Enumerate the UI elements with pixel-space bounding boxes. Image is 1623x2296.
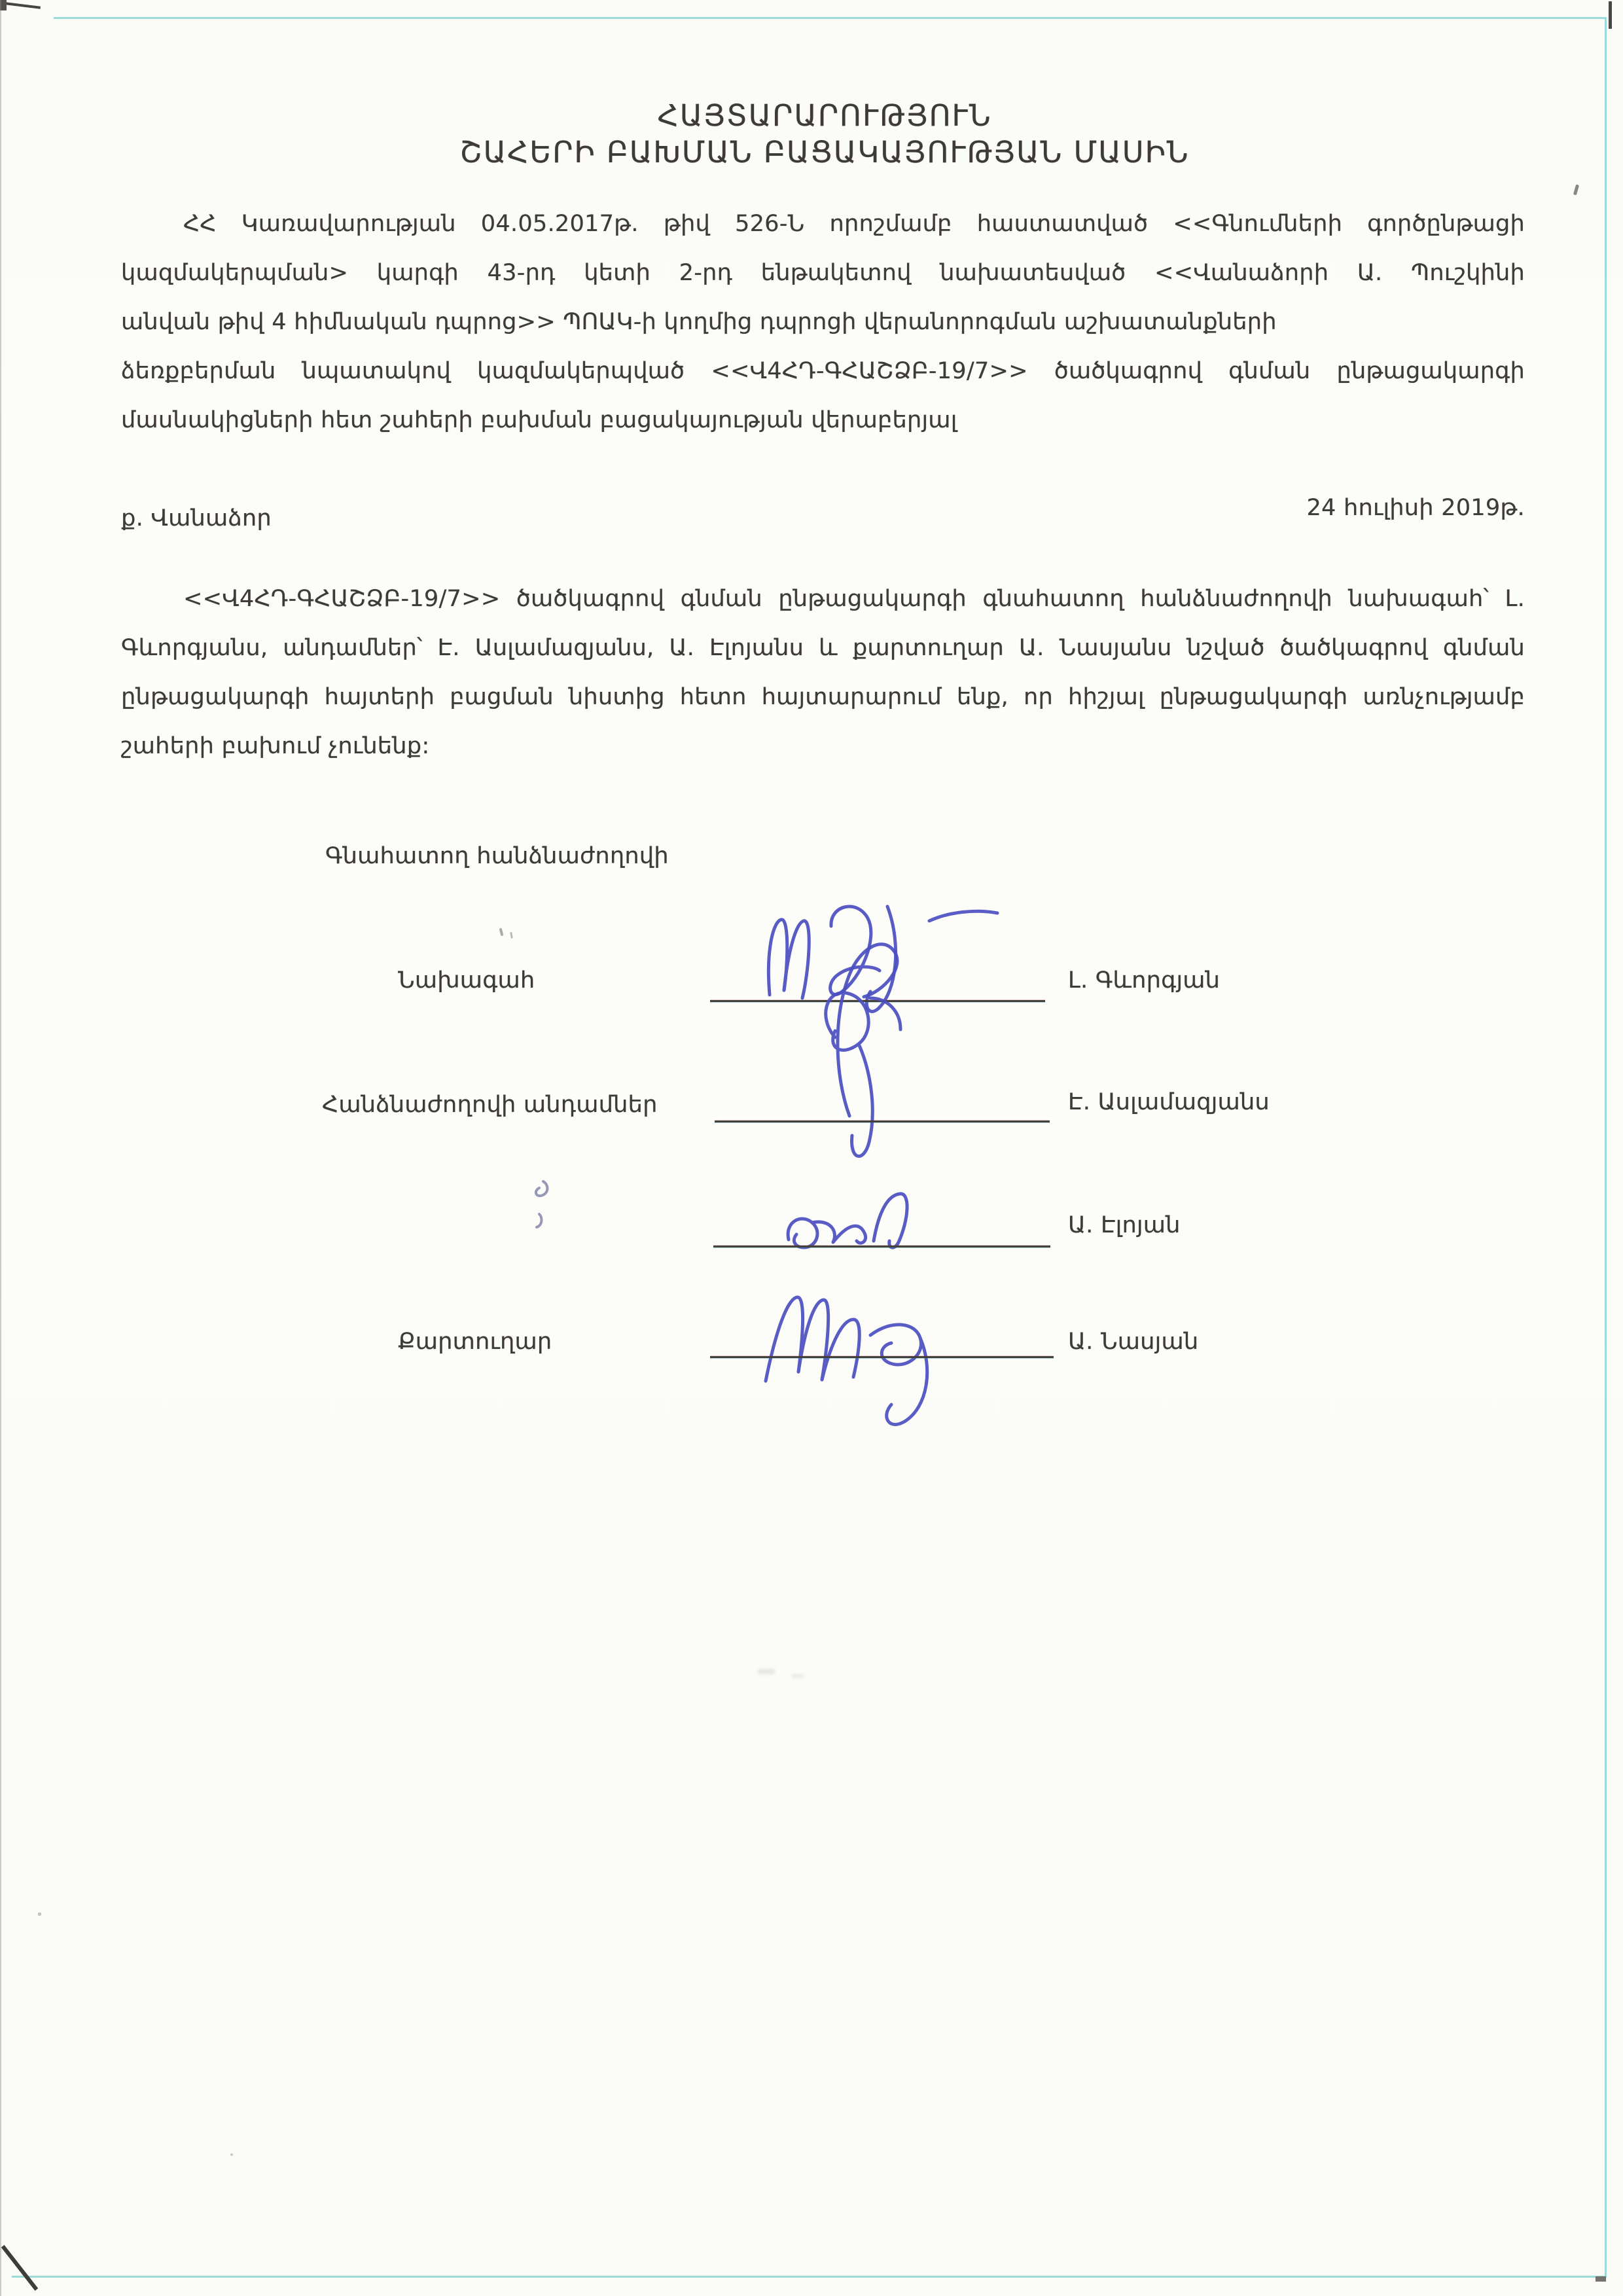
paragraph-1-line-4: ձեռքբերման նպատակով կազմակերպված <<Վ4ՀԴ-… (121, 347, 1525, 396)
paragraph-2-line-3: ընթացակարգի հայտերի բացման նիստից հետո հ… (121, 673, 1525, 722)
committee-heading: Գնահատող հանձնաժողովի (325, 843, 669, 869)
scan-edge-right (1605, 17, 1607, 2278)
paragraph-2-line-1: <<Վ4ՀԴ-ԳՀԱՇՁԲ-19/7>> ծածկագրով գնման ընթ… (121, 575, 1525, 624)
place-city: ք. Վանաձոր (121, 505, 272, 531)
smudge-artifact (758, 1669, 775, 1674)
signature-name-chairman: Լ. Գևորգյան (1068, 967, 1220, 994)
signature-ink-secretary (740, 1257, 975, 1420)
speck-artifact (230, 2153, 233, 2156)
speck-artifact (510, 932, 513, 939)
paragraph-2-line-4: շահերի բախում չունենք: (121, 722, 1525, 771)
scanned-declaration-page: ՀԱՅՏԱՐԱՐՈՒԹՅՈՒՆ ՇԱՀԵՐԻ ԲԱԽՄԱՆ ԲԱՑԱԿԱՅՈՒԹ… (0, 0, 1623, 2296)
scan-corner-bottom-right (1596, 2276, 1606, 2282)
signature-name-member-1: Է. Ասլամազյանս (1068, 1089, 1270, 1115)
ink-smudge-artifact (524, 1175, 563, 1240)
paragraph-1-line-2: կազմակերպման> կարգի 43-րդ կետի 2-րդ ենթա… (121, 249, 1525, 298)
signature-role-chairman: Նախագահ (398, 967, 535, 994)
signature-ink-member-1 (772, 920, 969, 1155)
scan-edge-top (54, 17, 1605, 19)
smudge-artifact (792, 1674, 804, 1678)
signature-line-3 (713, 1246, 1050, 1247)
signature-line-4 (710, 1356, 1054, 1358)
speck-artifact (499, 928, 504, 937)
paragraph-2: <<Վ4ՀԴ-ԳՀԱՇՁԲ-19/7>> ծածկագրով գնման ընթ… (121, 575, 1525, 771)
scan-corner-top-right (1609, 1, 1612, 29)
document-title-line-1: ՀԱՅՏԱՐԱՐՈՒԹՅՈՒՆ (52, 98, 1597, 133)
paragraph-2-line-2: Գևորգյանս, անդամներ՝ Է. Ասլամազյանս, Ա. … (121, 624, 1525, 673)
signature-role-members: Հանձնաժողովի անդամներ (322, 1092, 658, 1118)
scan-edge-left (0, 0, 1, 2296)
scan-corner-bottom-left (1, 2245, 38, 2291)
scan-edge-bottom (12, 2276, 1606, 2278)
signature-name-secretary: Ա. Նասյան (1068, 1329, 1198, 1355)
paragraph-1: ՀՀ Կառավարության 04.05.2017թ. թիվ 526-Ն … (121, 200, 1525, 445)
signature-name-member-2: Ա. Էլոյան (1068, 1212, 1181, 1238)
document-date: 24 հուլիսի 2019թ. (1306, 495, 1525, 521)
signature-role-secretary: Քարտուղար (398, 1329, 552, 1355)
speck-artifact (38, 1912, 41, 1916)
paragraph-1-line-3: անվան թիվ 4 հիմնական դպրոց>> ՊՈԱԿ-ի կողմ… (121, 298, 1525, 347)
paragraph-1-line-5: մասնակիցների հետ շահերի բախման բացակայու… (121, 396, 1525, 445)
signature-line-2 (715, 1121, 1050, 1122)
document-title-line-2: ՇԱՀԵՐԻ ԲԱԽՄԱՆ ԲԱՑԱԿԱՅՈՒԹՅԱՆ ՄԱՍԻՆ (52, 135, 1597, 170)
paragraph-1-line-1: ՀՀ Կառավարության 04.05.2017թ. թիվ 526-Ն … (121, 200, 1525, 249)
speck-artifact (1573, 185, 1579, 196)
signature-ink-member-2 (776, 1185, 959, 1263)
